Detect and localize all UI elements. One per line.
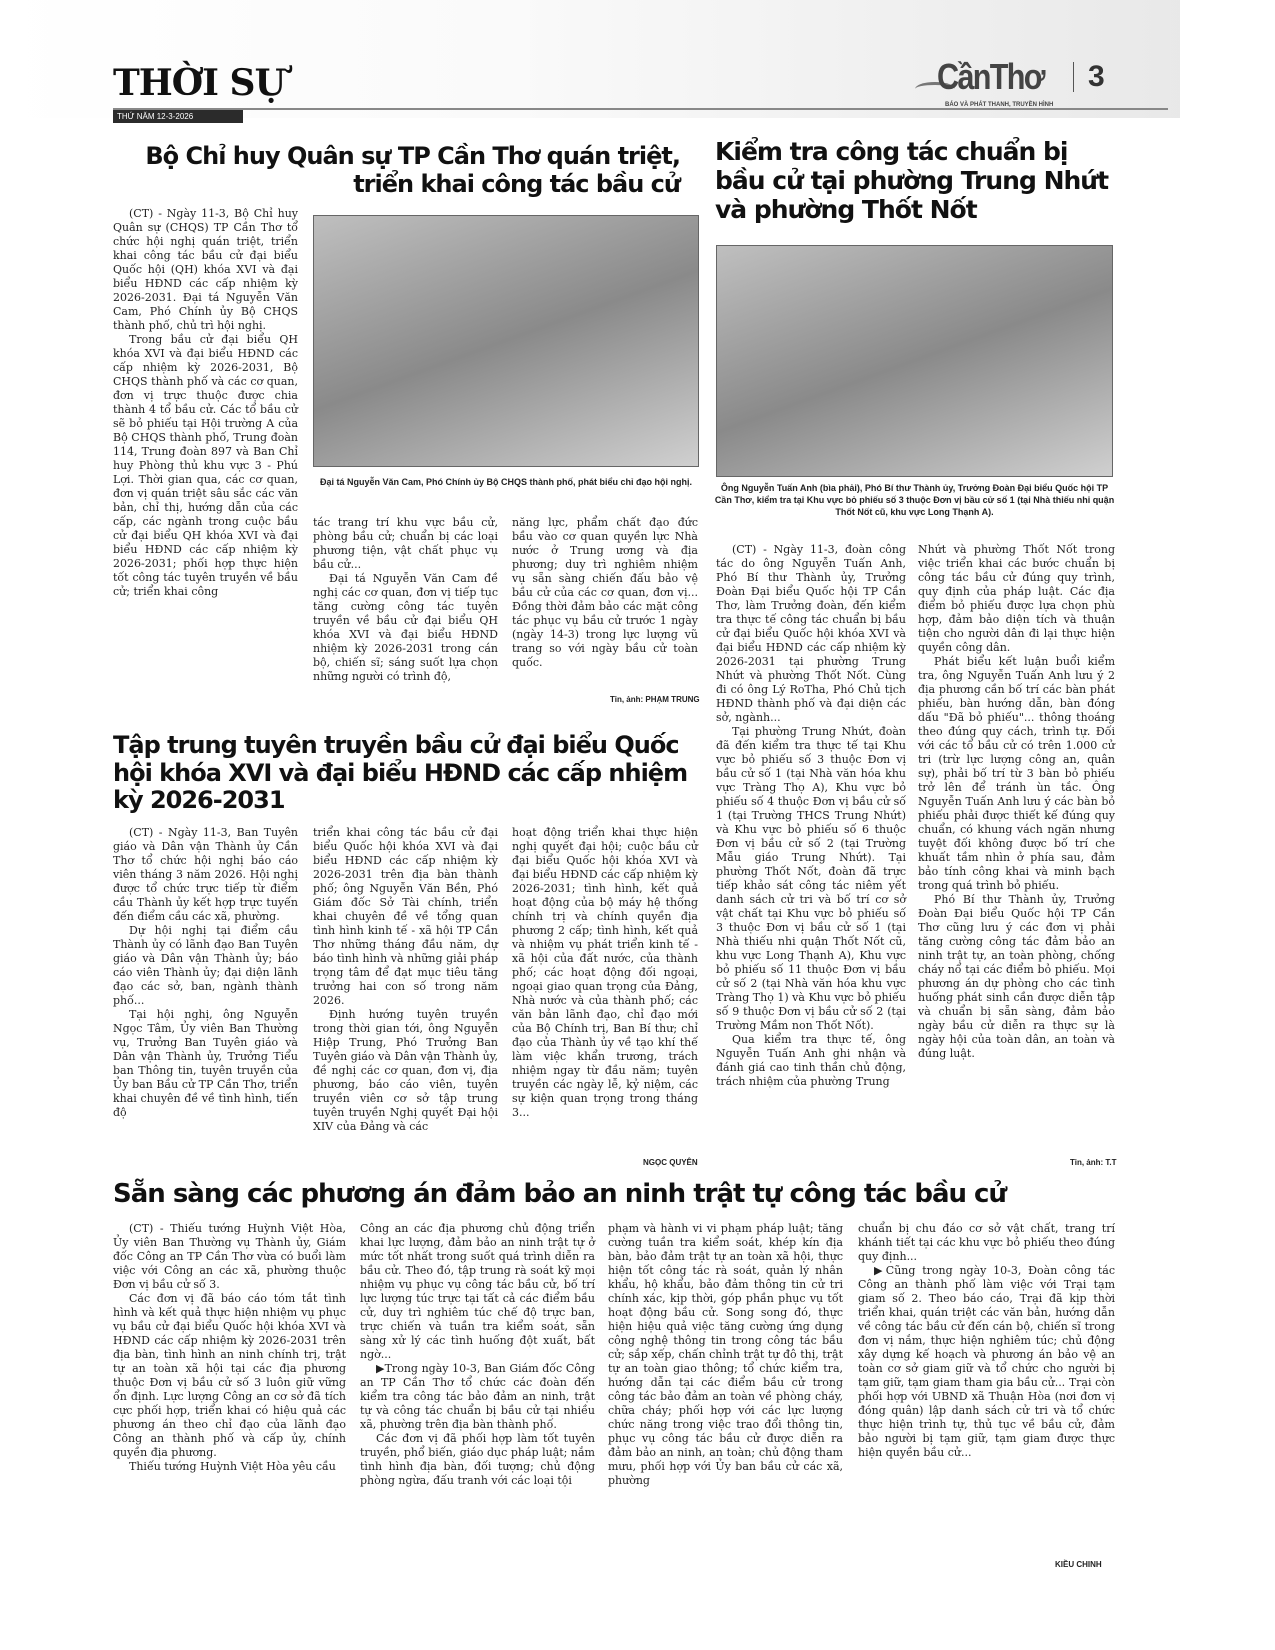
article4-para: chuẩn bị chu đáo cơ sở vật chất, trang t… <box>858 1222 1115 1264</box>
article2-col1: (CT) - Ngày 11-3, đoàn công tác do ông N… <box>716 543 906 1089</box>
article3-para: hoạt động triển khai thực hiện nghị quyế… <box>512 826 698 1120</box>
article2-para: Qua kiểm tra thực tế, ông Nguyễn Tuấn An… <box>716 1033 906 1089</box>
article2-photo <box>716 245 1113 477</box>
article1-para: (CT) - Ngày 11-3, Bộ Chỉ huy Quân sự (CH… <box>113 207 298 333</box>
article3-col2: triển khai công tác bầu cử đại biểu Quốc… <box>313 826 498 1134</box>
article3-para: triển khai công tác bầu cử đại biểu Quốc… <box>313 826 498 1008</box>
article1-para: Đại tá Nguyễn Văn Cam đề nghị các cơ qua… <box>313 572 498 684</box>
article1-para: tác trang trí khu vực bầu cử, phòng bầu … <box>313 516 498 572</box>
article2-para: Tại phường Trung Nhứt, đoàn đã đến kiểm … <box>716 725 906 1033</box>
article2-para: (CT) - Ngày 11-3, đoàn công tác do ông N… <box>716 543 906 725</box>
article4-para: ▶Cũng trong ngày 10-3, Đoàn công tác Côn… <box>858 1264 1115 1460</box>
article4-para: ▶Trong ngày 10-3, Ban Giám đốc Công an T… <box>360 1362 595 1432</box>
article4-para: phạm và hành vi vi phạm pháp luật; tăng … <box>608 1222 843 1488</box>
article4-col3: phạm và hành vi vi phạm pháp luật; tăng … <box>608 1222 843 1488</box>
article4-byline: KIỀU CHINH <box>1055 1560 1102 1569</box>
logo-subtitle: BÁO VÀ PHÁT THANH, TRUYỀN HÌNH <box>945 102 1053 108</box>
article1-caption: Đại tá Nguyễn Văn Cam, Phó Chính ủy Bộ C… <box>313 476 699 488</box>
article3-col3: hoạt động triển khai thực hiện nghị quyế… <box>512 826 698 1120</box>
article4-para: Thiếu tướng Huỳnh Việt Hòa yêu cầu <box>113 1460 346 1474</box>
article4-col4: chuẩn bị chu đáo cơ sở vật chất, trang t… <box>858 1222 1115 1460</box>
article3-para: Định hướng tuyên truyền trong thời gian … <box>313 1008 498 1134</box>
article3-para: (CT) - Ngày 11-3, Ban Tuyên giáo và Dân … <box>113 826 298 924</box>
article1-byline: Tin, ảnh: PHẠM TRUNG <box>610 695 700 704</box>
article2-col2: Nhứt và phường Thốt Nốt trong việc triển… <box>918 543 1115 1061</box>
article4-col2: Công an các địa phương chủ động triển kh… <box>360 1222 595 1488</box>
article1-para: năng lực, phẩm chất đạo đức bầu vào cơ q… <box>512 516 698 670</box>
article3-para: Tại hội nghị, ông Nguyễn Ngọc Tâm, Ủy vi… <box>113 1008 298 1120</box>
right-margin <box>1180 0 1275 1650</box>
article1-headline: Bộ Chỉ huy Quân sự TP Cần Thơ quán triệt… <box>140 143 680 198</box>
page-number: 3 <box>1088 60 1105 94</box>
article2-headline: Kiểm tra công tác chuẩn bị bầu cử tại ph… <box>715 138 1115 224</box>
article3-byline: NGỌC QUYÊN <box>643 1158 698 1167</box>
logo-divider <box>1073 62 1074 92</box>
article2-byline: Tin, ảnh: T.T <box>1070 1158 1117 1167</box>
issue-date: THỨ NĂM 12-3-2026 <box>113 110 243 123</box>
article2-caption: Ông Nguyễn Tuấn Anh (bìa phải), Phó Bí t… <box>714 482 1115 518</box>
article1-col3: năng lực, phẩm chất đạo đức bầu vào cơ q… <box>512 516 698 670</box>
article4-para: (CT) - Thiếu tướng Huỳnh Việt Hòa, Ủy vi… <box>113 1222 346 1292</box>
article4-col1: (CT) - Thiếu tướng Huỳnh Việt Hòa, Ủy vi… <box>113 1222 346 1474</box>
article3-headline: Tập trung tuyên truyền bầu cử đại biểu Q… <box>113 732 703 815</box>
article4-para: Các đơn vị đã báo cáo tóm tắt tình hình … <box>113 1292 346 1460</box>
article2-para: Phát biểu kết luận buổi kiểm tra, ông Ng… <box>918 655 1115 893</box>
newspaper-logo: CầnThơ BÁO VÀ PHÁT THANH, TRUYỀN HÌNH <box>915 58 1065 108</box>
article3-col1: (CT) - Ngày 11-3, Ban Tuyên giáo và Dân … <box>113 826 298 1120</box>
article1-para: Trong bầu cử đại biểu QH khóa XVI và đại… <box>113 333 298 599</box>
article1-photo <box>313 215 699 467</box>
article4-para: Các đơn vị đã phối hợp làm tốt tuyên tru… <box>360 1432 595 1488</box>
section-title: THỜI SỰ <box>113 62 285 104</box>
article3-para: Dự hội nghị tại điểm cầu Thành ủy có lãn… <box>113 924 298 1008</box>
logo-text: CầnThơ <box>937 56 1044 98</box>
article1-col2: tác trang trí khu vực bầu cử, phòng bầu … <box>313 516 498 684</box>
article4-headline: Sẵn sàng các phương án đảm bảo an ninh t… <box>113 1180 1113 1210</box>
article2-para: Nhứt và phường Thốt Nốt trong việc triển… <box>918 543 1115 655</box>
article1-col1: (CT) - Ngày 11-3, Bộ Chỉ huy Quân sự (CH… <box>113 207 298 599</box>
header-rule <box>113 108 1168 110</box>
article2-para: Phó Bí thư Thành ủy, Trưởng Đoàn Đại biể… <box>918 893 1115 1061</box>
article4-para: Công an các địa phương chủ động triển kh… <box>360 1222 595 1362</box>
